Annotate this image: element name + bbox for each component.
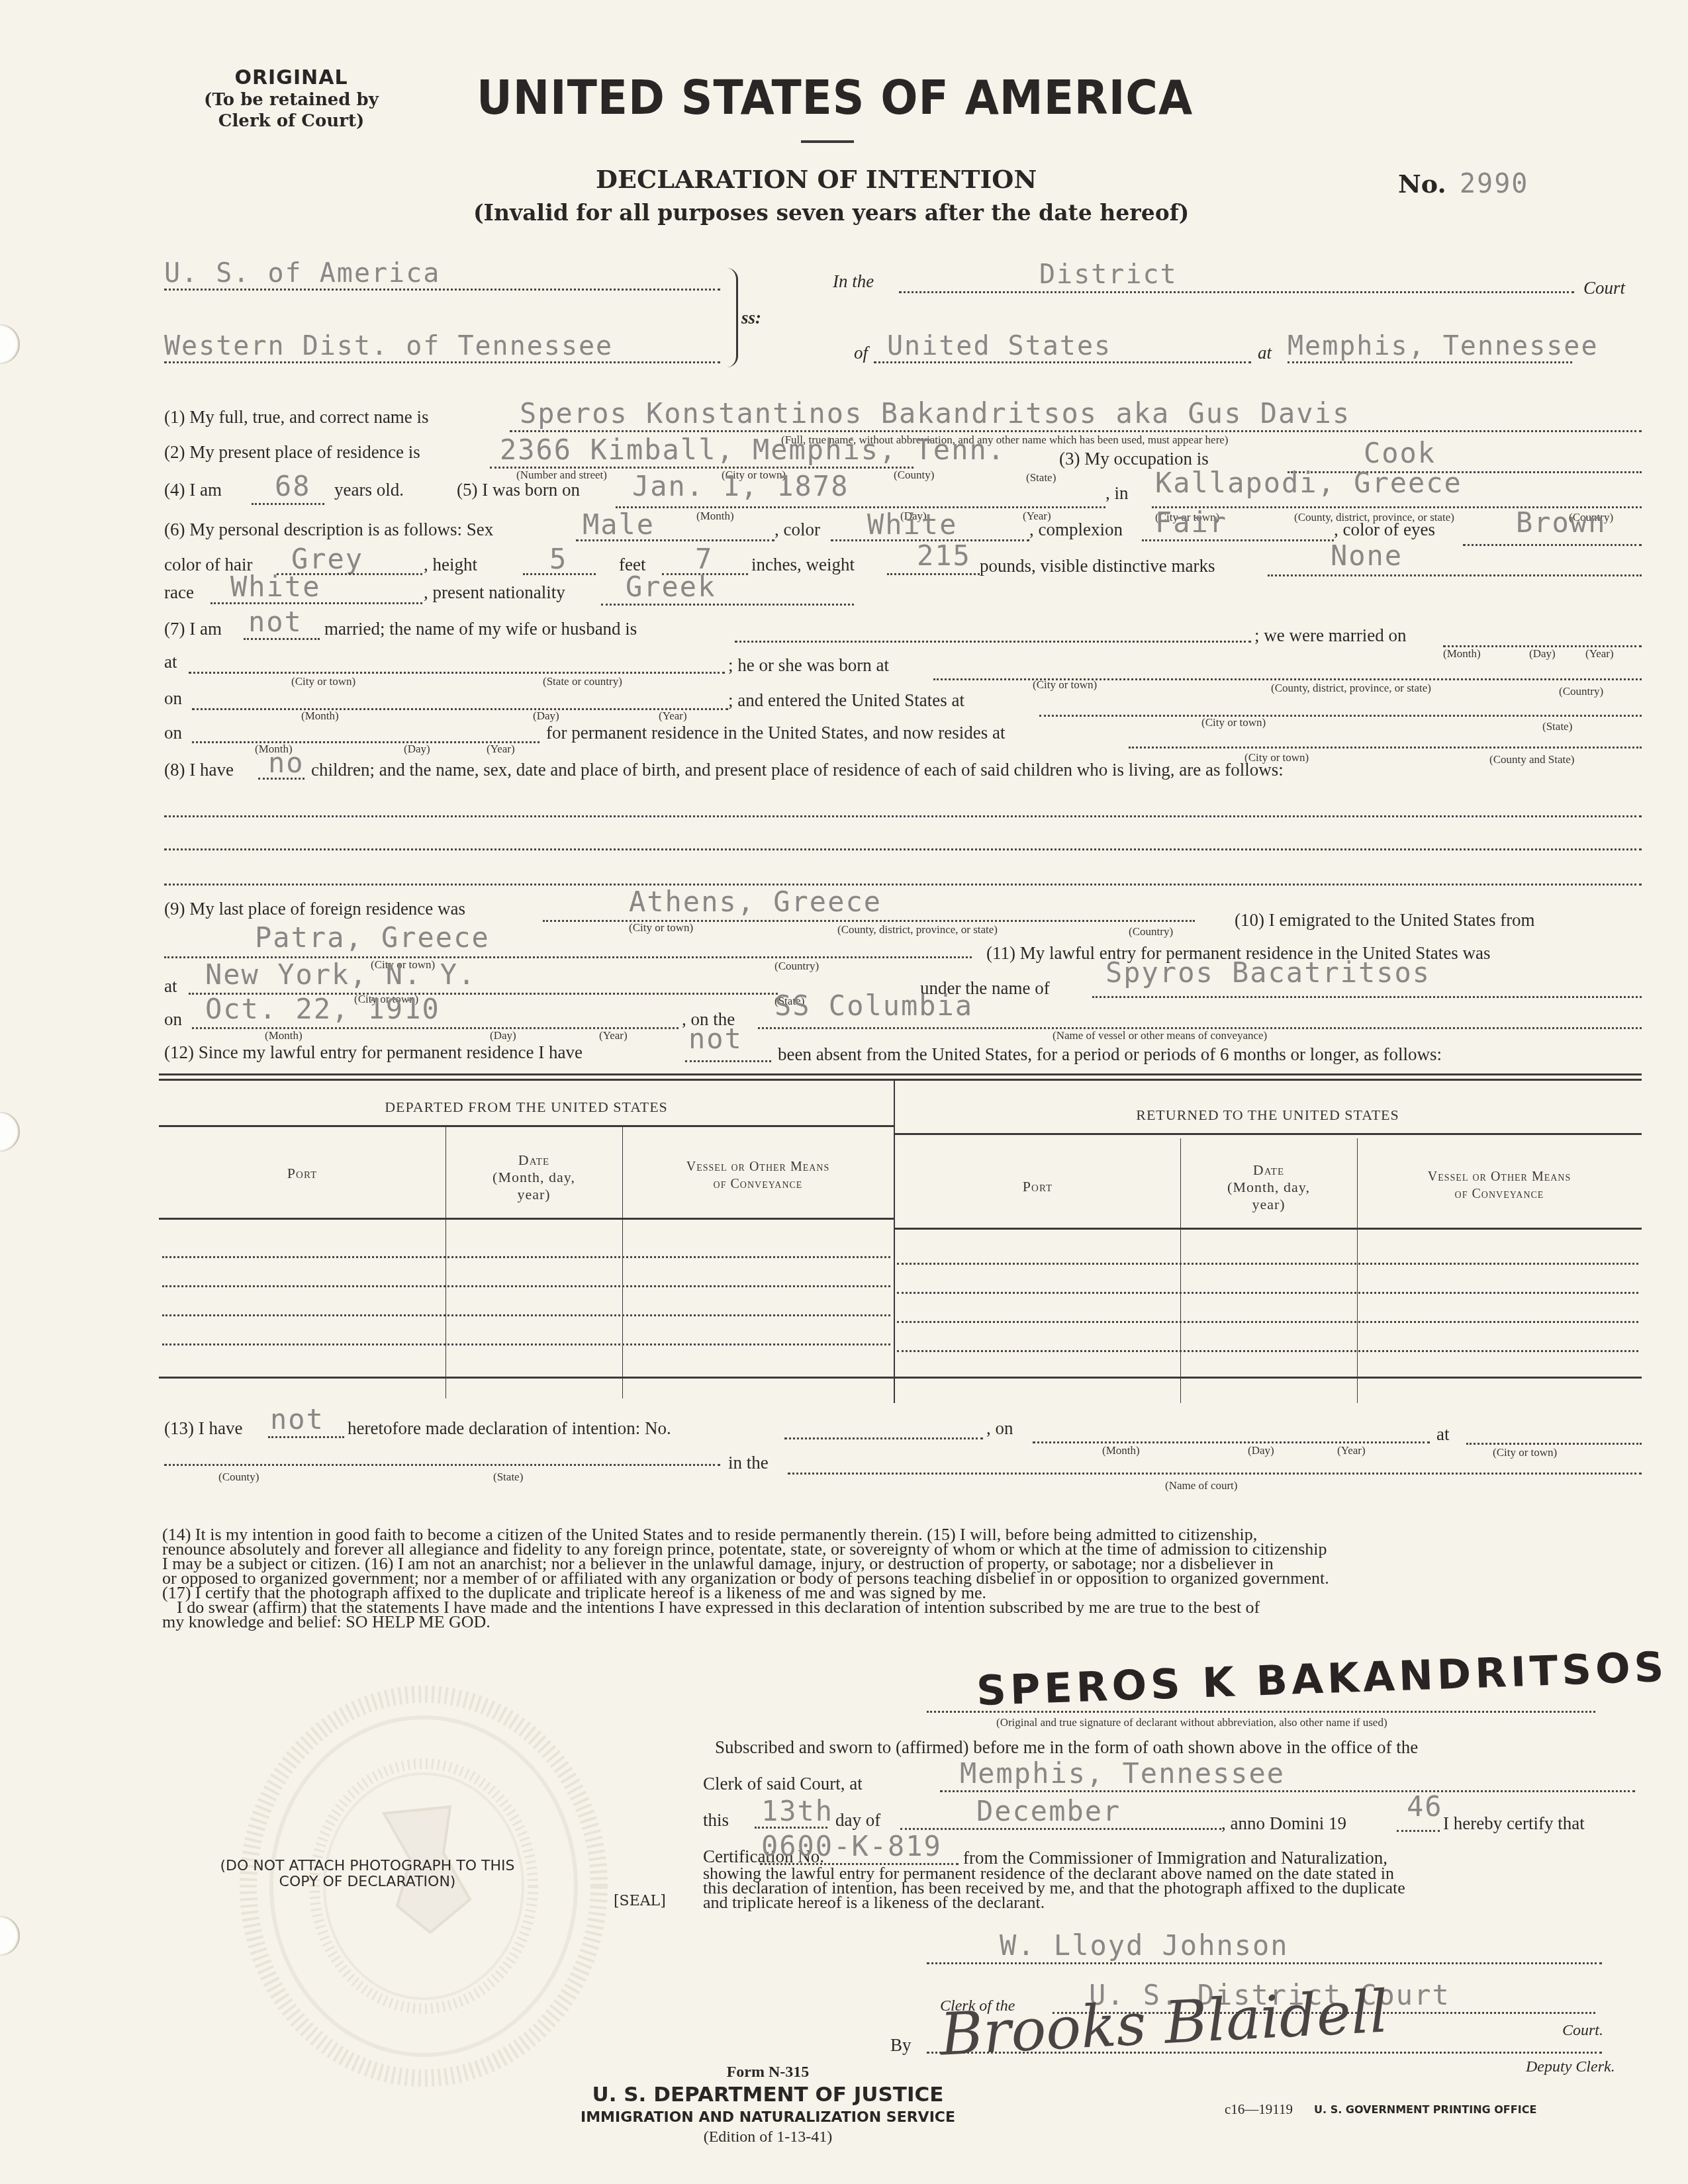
vessel-label: of Conveyance	[622, 1175, 894, 1193]
caption-city: (City or town)	[291, 675, 355, 688]
form-number: Form N-315	[536, 2064, 1000, 2081]
spouse-born-label: ; he or she was born at	[728, 655, 889, 676]
q4-label: (4) I am	[164, 480, 222, 500]
returned-header: RETURNED TO THE UNITED STATES	[894, 1107, 1642, 1124]
form-footer: Form N-315 U. S. DEPARTMENT OF JUSTICE I…	[536, 2064, 1000, 2146]
pounds-label: pounds, visible distinctive marks	[980, 556, 1215, 576]
children-count: no	[268, 747, 305, 779]
q6-label: (6) My personal description is as follow…	[164, 520, 493, 540]
oath-line: my knowledge and belief: SO HELP ME GOD.	[162, 1615, 1645, 1629]
day-of-label: day of	[835, 1810, 880, 1831]
venue-district: Western Dist. of Tennessee	[164, 331, 613, 361]
sworn-year-line	[1397, 1830, 1440, 1832]
prior-date-line[interactable]	[1033, 1441, 1430, 1443]
date-label: Date	[445, 1152, 622, 1169]
returned-port-header: Port	[895, 1178, 1180, 1195]
prior-at-label: at	[1436, 1424, 1450, 1445]
children-entry-line[interactable]	[164, 815, 1642, 817]
weight-line	[887, 573, 980, 575]
date-format: (Month, day,	[1180, 1179, 1357, 1196]
photo-note: COPY OF DECLARATION)	[169, 1874, 566, 1890]
document-title: UNITED STATES OF AMERICA	[477, 69, 1193, 125]
vessel-label: Vessel or Other Means	[1357, 1168, 1642, 1185]
photo-note: (DO NOT ATTACH PHOTOGRAPH TO THIS	[169, 1858, 566, 1874]
table-row[interactable]	[897, 1321, 1638, 1323]
entry-name: Spyros Bacatritsos	[1105, 956, 1430, 989]
vessel-name: SS Columbia	[774, 989, 973, 1022]
caption-year: (Year)	[1337, 1444, 1366, 1457]
returned-date-header: Date (Month, day, year)	[1180, 1161, 1357, 1213]
court-location: Memphis, Tennessee	[1288, 331, 1598, 361]
spouse-on-label: on	[164, 688, 182, 709]
full-name-line	[510, 430, 1642, 432]
certification-text: showing the lawful entry for permanent r…	[703, 1866, 1643, 1910]
seal-label: [SEAL]	[614, 1893, 666, 1909]
children-entry-line[interactable]	[164, 848, 1642, 850]
marital-status-line	[244, 638, 320, 640]
at-label: at	[1258, 343, 1272, 363]
emigrated-from: Patra, Greece	[255, 921, 490, 954]
q2-label: (2) My present place of residence is	[164, 442, 420, 463]
q13-label: (13) I have	[164, 1418, 242, 1439]
venue-country: U. S. of America	[164, 258, 440, 289]
venue-line	[164, 289, 720, 291]
table-center-divider	[894, 1079, 895, 1403]
last-foreign-residence: Athens, Greece	[629, 886, 882, 918]
vessel-label: of Conveyance	[1357, 1185, 1642, 1203]
caption-city: (City or town)	[1201, 716, 1266, 729]
caption-month: (Month)	[1102, 1444, 1140, 1457]
color: White	[867, 508, 957, 541]
absence-status-line	[685, 1060, 771, 1062]
distinctive-marks-line	[1268, 574, 1642, 576]
jurat-intro: Subscribed and sworn to (affirmed) befor…	[715, 1737, 1418, 1758]
eye-color: Brown	[1516, 506, 1606, 539]
caption-day: (Day)	[1248, 1444, 1274, 1457]
color-label: , color	[774, 520, 820, 540]
certify-label: I hereby certify that	[1443, 1813, 1585, 1834]
entry-at-label: at	[164, 976, 177, 997]
this-label: this	[703, 1810, 729, 1831]
race-label: race	[164, 582, 194, 603]
court-of-line	[874, 361, 1251, 363]
punch-hole	[0, 1112, 20, 1152]
table-row[interactable]	[897, 1263, 1638, 1265]
vessel-label: Vessel or Other Means	[622, 1158, 894, 1175]
copy-label: ORIGINAL	[199, 66, 384, 89]
sex-line	[576, 539, 774, 541]
q7-label: (7) I am	[164, 619, 222, 639]
married-at-label: at	[164, 652, 177, 672]
prior-declaration-status: not	[270, 1403, 324, 1435]
sworn-month-line	[900, 1828, 1221, 1830]
caption-county: (County, district, province, or state)	[1271, 682, 1431, 695]
table-row[interactable]	[897, 1350, 1638, 1352]
eyes-label: , color of eyes	[1334, 520, 1435, 540]
column-header-rule	[895, 1228, 1642, 1230]
children-line	[258, 778, 305, 780]
entry-on-label: on	[164, 1009, 182, 1030]
permanent-label: for permanent residence in the United St…	[546, 723, 1006, 743]
anno-domini-label: , anno Domini 19	[1221, 1813, 1346, 1834]
caption-month: (Month)	[265, 1029, 303, 1042]
entered-label: ; and entered the United States at	[728, 690, 964, 711]
caption-state-country: (State or country)	[543, 675, 622, 688]
date-format: year)	[445, 1186, 622, 1203]
sworn-month: December	[976, 1795, 1121, 1827]
of-label: of	[854, 343, 868, 363]
sworn-day-line	[755, 1827, 827, 1829]
q12-label: (12) Since my lawful entry for permanent…	[164, 1042, 583, 1063]
sworn-location-line	[940, 1790, 1635, 1792]
photo-instruction: (DO NOT ATTACH PHOTOGRAPH TO THIS COPY O…	[169, 1858, 566, 1890]
ss-label: ss:	[741, 308, 761, 328]
prior-in-the-label: in the	[728, 1453, 769, 1473]
court-suffix: Court.	[1562, 2022, 1603, 2040]
married-at-line	[189, 672, 725, 674]
table-row[interactable]	[162, 1314, 890, 1316]
caption-state: (State)	[493, 1471, 523, 1484]
caption-year: (Year)	[487, 743, 515, 756]
entry-date: Oct. 22, 1910	[205, 993, 440, 1025]
clerk-name-line	[927, 1962, 1602, 1964]
caption-country: (Country)	[774, 960, 819, 973]
venue-brace	[727, 268, 738, 367]
declaration-number: 2990	[1460, 169, 1528, 199]
prior-declaration-label: heretofore made declaration of intention…	[348, 1418, 671, 1439]
caption-year: (Year)	[1585, 647, 1614, 660]
occupation: Cook	[1364, 437, 1436, 469]
departed-date-header: Date (Month, day, year)	[445, 1152, 622, 1203]
certification-line-text: and triplicate hereof is a likeness of t…	[703, 1895, 1643, 1910]
caption-vessel: (Name of vessel or other means of convey…	[1053, 1029, 1267, 1042]
validity-note: (Invalid for all purposes seven years af…	[473, 200, 1189, 226]
weight: 215	[917, 539, 971, 572]
sex: Male	[583, 508, 655, 541]
q9-label: (9) My last place of foreign residence w…	[164, 899, 465, 919]
age: 68	[275, 470, 311, 502]
full-name: Speros Konstantinos Bakandritsos aka Gus…	[520, 397, 1350, 430]
clerk-at-label: Clerk of said Court, at	[703, 1774, 863, 1794]
printer-name: U. S. GOVERNMENT PRINTING OFFICE	[1314, 2103, 1536, 2116]
declarant-signature: SPEROS K BAKANDRITSOS	[976, 1643, 1668, 1715]
height-feet-line	[523, 573, 596, 575]
height-feet: 5	[549, 543, 567, 575]
nationality: Greek	[626, 570, 716, 603]
prior-court-line[interactable]	[788, 1473, 1642, 1475]
race: White	[230, 570, 320, 603]
eye-color-line	[1463, 544, 1642, 546]
copy-note: (To be retained by	[199, 89, 384, 111]
resides-at-line	[1129, 747, 1642, 749]
caption-day: (Day)	[1529, 647, 1556, 660]
venue-line	[164, 361, 720, 363]
copy-note: Clerk of Court)	[199, 111, 384, 132]
oath-paragraph: (14) It is my intention in good faith to…	[162, 1527, 1645, 1629]
service-name: IMMIGRATION AND NATURALIZATION SERVICE	[536, 2109, 1000, 2126]
q5-label: (5) I was born on	[457, 480, 580, 500]
print-code: c16—19119	[1225, 2101, 1293, 2118]
date-format: year)	[1180, 1196, 1357, 1213]
caption-month: (Month)	[1443, 647, 1481, 660]
deputy-clerk-label: Deputy Clerk.	[1526, 2058, 1615, 2076]
complexion-label: , complexion	[1029, 520, 1123, 540]
q1-label: (1) My full, true, and correct name is	[164, 407, 429, 428]
court-type: District	[1039, 259, 1178, 290]
table-row[interactable]	[162, 1256, 890, 1258]
prior-county-line[interactable]	[164, 1464, 720, 1466]
signature-caption: (Original and true signature of declaran…	[996, 1716, 1387, 1729]
caption-city: (City or town)	[629, 921, 693, 934]
court-label: Court	[1583, 278, 1625, 298]
court-line	[899, 291, 1574, 293]
date-format: (Month, day,	[445, 1169, 622, 1186]
caption-month: (Month)	[696, 510, 734, 523]
number-label: No.	[1398, 169, 1446, 199]
spouse-on-line	[192, 708, 728, 710]
children-label: children; and the name, sex, date and pl…	[311, 760, 1284, 780]
marital-status: not	[248, 606, 303, 638]
q4-suffix: years old.	[334, 480, 404, 500]
q10-label: (10) I emigrated to the United States fr…	[1235, 910, 1535, 931]
signature-line[interactable]	[927, 1711, 1595, 1713]
born-in-label: , in	[1105, 483, 1129, 504]
departed-header: DEPARTED FROM THE UNITED STATES	[159, 1099, 894, 1116]
in-the-label: In the	[833, 271, 874, 292]
residence: 2366 Kimball, Memphis, Tenn.	[500, 433, 1006, 466]
court-location-line	[1288, 361, 1572, 363]
punch-hole	[0, 1916, 20, 1956]
column-header-rule	[159, 1218, 894, 1220]
clerk-name: W. Lloyd Johnson	[1000, 1929, 1289, 1962]
caption-day: (Day)	[490, 1029, 516, 1042]
birth-place: Kallapodi, Greece	[1155, 467, 1462, 499]
spouse-line	[735, 641, 1251, 643]
header-rule	[159, 1125, 894, 1127]
table-row[interactable]	[897, 1292, 1638, 1294]
deputy-signature-line[interactable]	[927, 2052, 1602, 2054]
race-line	[211, 602, 422, 604]
children-entry-line[interactable]	[164, 884, 1642, 886]
caption-state: (State)	[1542, 720, 1572, 733]
caption-court: (Name of court)	[1165, 1479, 1238, 1492]
prior-city-line[interactable]	[1466, 1443, 1642, 1445]
spouse-label: married; the name of my wife or husband …	[324, 619, 637, 639]
birth-date: Jan. 1, 1878	[632, 470, 849, 502]
court-of: United States	[887, 331, 1111, 361]
deputy-signature: Brooks Blaidell	[939, 1977, 1390, 2068]
returned-vessel-header: Vessel or Other Means of Conveyance	[1357, 1168, 1642, 1203]
table-row[interactable]	[162, 1343, 890, 1345]
table-top-rule	[159, 1073, 1642, 1075]
q8-label: (8) I have	[164, 760, 234, 780]
sworn-location: Memphis, Tennessee	[960, 1757, 1285, 1790]
copy-designation: ORIGINAL (To be retained by Clerk of Cou…	[199, 66, 384, 132]
nationality-label: , present nationality	[424, 582, 565, 603]
certification-number: 0600-K-819	[761, 1830, 942, 1862]
table-bottom-rule	[159, 1377, 1642, 1379]
caption-country: (Country)	[1559, 685, 1603, 698]
punch-hole	[0, 324, 20, 364]
caption-day: (Day)	[533, 709, 559, 723]
caption-county-state: (County and State)	[1489, 753, 1574, 766]
entered-line	[1039, 715, 1642, 717]
departed-port-header: Port	[159, 1165, 445, 1182]
sworn-year: 46	[1407, 1790, 1443, 1823]
caption-year: (Year)	[659, 709, 687, 723]
height-label: , height	[424, 555, 477, 575]
department-name: U. S. DEPARTMENT OF JUSTICE	[536, 2083, 1000, 2107]
caption-year: (Year)	[599, 1029, 628, 1042]
table-top-rule	[159, 1079, 1642, 1081]
caption-county: (County)	[218, 1471, 259, 1484]
prior-declaration-line	[268, 1436, 344, 1438]
caption-state: (State)	[1026, 471, 1056, 484]
age-line	[252, 503, 324, 505]
caption-city: (City or town)	[1033, 678, 1097, 692]
form-edition: (Edition of 1-13-41)	[536, 2128, 1000, 2146]
absence-label: been absent from the United States, for …	[778, 1044, 1442, 1065]
date-label: Date	[1180, 1161, 1357, 1179]
table-row[interactable]	[162, 1285, 890, 1287]
caption-month: (Month)	[301, 709, 339, 723]
departed-vessel-header: Vessel or Other Means of Conveyance	[622, 1158, 894, 1193]
by-label: By	[890, 2035, 912, 2056]
caption-country: (Country)	[1129, 925, 1173, 938]
caption-county: (County, district, province, or state)	[837, 923, 998, 936]
distinctive-marks: None	[1331, 539, 1403, 572]
entry-port: New York, N. Y.	[205, 958, 476, 991]
prior-number-line[interactable]	[784, 1437, 983, 1439]
sworn-day: 13th	[761, 1795, 833, 1827]
inches-label: inches, weight	[751, 555, 855, 575]
header-rule	[895, 1133, 1642, 1135]
nationality-line	[601, 604, 854, 606]
document-subtitle: DECLARATION OF INTENTION	[596, 164, 1037, 194]
caption-city: (City or town)	[1493, 1446, 1557, 1459]
birth-date-line	[616, 506, 1105, 508]
prior-on-label: , on	[986, 1418, 1013, 1439]
complexion: Fair	[1155, 506, 1227, 539]
caption-county: (County)	[894, 469, 934, 482]
absence-status: not	[688, 1023, 743, 1055]
entry-name-line	[1092, 996, 1642, 998]
caption-day: (Day)	[404, 743, 430, 756]
married-on-label: ; we were married on	[1254, 625, 1406, 646]
title-divider	[801, 140, 854, 143]
entry-on-label: on	[164, 723, 182, 743]
complexion-line	[1142, 539, 1334, 541]
